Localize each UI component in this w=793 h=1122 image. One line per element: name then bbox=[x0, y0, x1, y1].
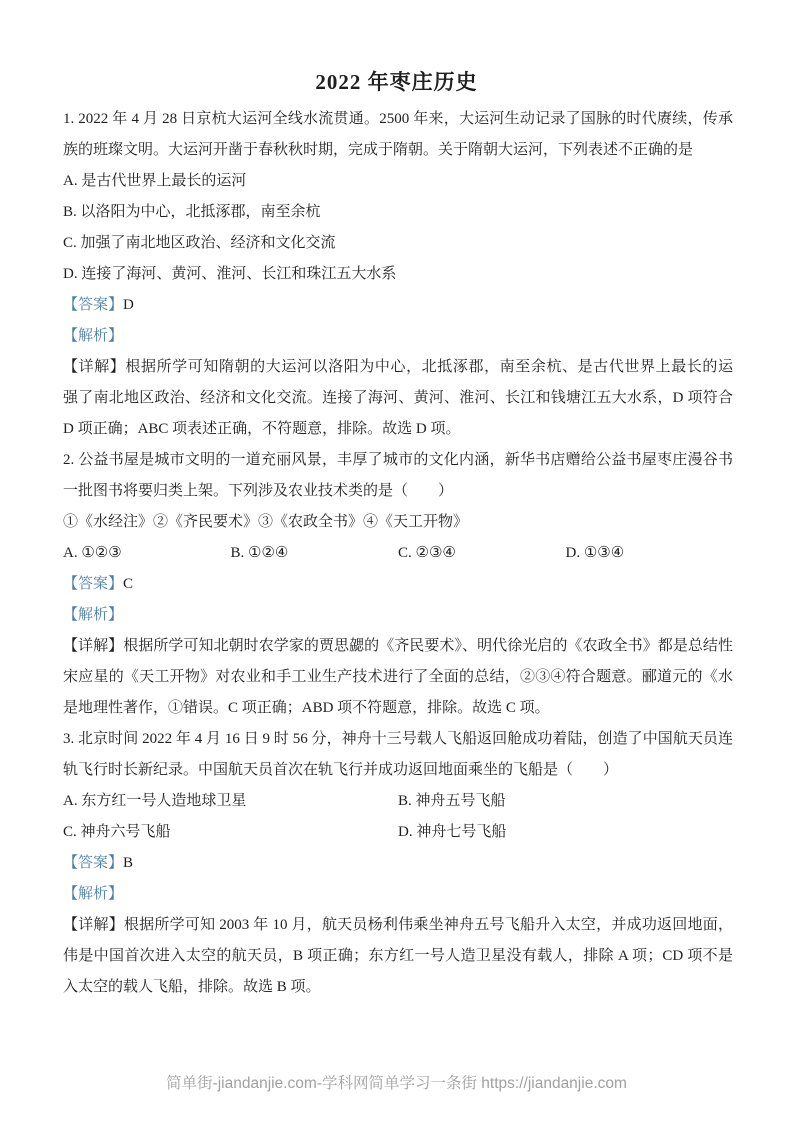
q2-xiangjie-line-1: 【详解】根据所学可知北朝时农学家的贾思勰的《齐民要术》、明代徐光启的《农政全书》… bbox=[63, 631, 733, 662]
page-title: 2022 年枣庄历史 bbox=[0, 66, 793, 96]
text-segment: 【详解】根据所学可知北朝时农学家的贾思勰的《齐民要术》、明代徐光启的《农政全书》… bbox=[63, 638, 733, 662]
q3-options-row-1-cell-2: B. 神舟五号飞船 bbox=[398, 786, 733, 817]
text-segment: C bbox=[123, 576, 133, 592]
bracket-label: 【答案】 bbox=[63, 297, 123, 313]
bracket-label: 【解析】 bbox=[63, 886, 123, 902]
q2-answer-line: 【答案】C bbox=[63, 569, 733, 600]
q2-options-row-cell-2: B. ①②④ bbox=[231, 538, 399, 569]
q1-option-c: C. 加强了南北地区政治、经济和文化交流 bbox=[63, 228, 733, 259]
text-segment: 入太空的载人飞船，排除。故选 B 项。 bbox=[63, 979, 321, 995]
text-segment: 一批图书将要归类上架。下列涉及农业技术类的是（ ） bbox=[63, 483, 453, 499]
q2-text-line-2: 一批图书将要归类上架。下列涉及农业技术类的是（ ） bbox=[63, 476, 733, 507]
q1-text-line-2: 族的班璨文明。大运河开凿于春秋秋时期，完成于隋朝。关于隋朝大运河，下列表述不正确… bbox=[63, 135, 733, 166]
q1-answer-line: 【答案】D bbox=[63, 290, 733, 321]
document-body: 1. 2022 年 4 月 28 日京杭大运河全线水流贯通。2500 年来，大运… bbox=[63, 104, 733, 1003]
text-segment: 【详解】根据所学可知隋朝的大运河以洛阳为中心，北抵涿郡，南至余杭、是古代世界上最… bbox=[63, 359, 733, 383]
q2-options-row-cell-4: D. ①③④ bbox=[566, 538, 734, 569]
text-segment: D bbox=[123, 297, 134, 313]
text-segment: C. 加强了南北地区政治、经济和文化交流 bbox=[63, 235, 336, 251]
q1-option-b: B. 以洛阳为中心，北抵涿郡，南至余杭 bbox=[63, 197, 733, 228]
text-segment: D 项正确；ABC 项表述正确，不符题意，排除。故选 D 项。 bbox=[63, 421, 461, 437]
bracket-label: 【解析】 bbox=[63, 607, 123, 623]
q3-jiexi-line: 【解析】 bbox=[63, 879, 733, 910]
q3-text-line-2: 轨飞行时长新纪录。中国航天员首次在轨飞行并成功返回地面乘坐的飞船是（ ） bbox=[63, 755, 733, 786]
text-segment: 族的班璨文明。大运河开凿于春秋秋时期，完成于隋朝。关于隋朝大运河，下列表述不正确… bbox=[63, 142, 693, 166]
q1-option-a: A. 是古代世界上最长的运河 bbox=[63, 166, 733, 197]
text-segment: B bbox=[123, 855, 133, 871]
q3-options-row-1: A. 东方红一号人造地球卫星B. 神舟五号飞船 bbox=[63, 786, 733, 817]
text-segment: 1. 2022 年 4 月 28 日京杭大运河全线水流贯通。2500 年来，大运… bbox=[63, 111, 733, 135]
text-segment: 宋应星的《天工开物》对农业和手工业生产技术进行了全面的总结，②③④符合题意。郦道… bbox=[63, 669, 733, 693]
q2-options-row: A. ①②③B. ①②④C. ②③④D. ①③④ bbox=[63, 538, 733, 569]
text-segment: 强了南北地区政治、经济和文化交流。连接了海河、黄河、淮河、长江和钱塘江五大水系，… bbox=[63, 390, 733, 414]
q2-xiangjie-line-2: 宋应星的《天工开物》对农业和手工业生产技术进行了全面的总结，②③④符合题意。郦道… bbox=[63, 662, 733, 693]
text-segment: ①《水经注》②《齐民要术》③《农政全书》④《天工开物》 bbox=[63, 514, 468, 530]
q3-options-row-2-cell-1: C. 神舟六号飞船 bbox=[63, 817, 398, 848]
q3-xiangjie-line-1: 【详解】根据所学可知 2003 年 10 月，航天员杨利伟乘坐神舟五号飞船升入太… bbox=[63, 910, 733, 941]
bracket-label: 【答案】 bbox=[63, 576, 123, 592]
bracket-label: 【解析】 bbox=[63, 328, 123, 344]
q3-answer-line: 【答案】B bbox=[63, 848, 733, 879]
text-segment: 【详解】根据所学可知 2003 年 10 月，航天员杨利伟乘坐神舟五号飞船升入太… bbox=[63, 917, 733, 941]
q1-xiangjie-line-3: D 项正确；ABC 项表述正确，不符题意，排除。故选 D 项。 bbox=[63, 414, 733, 445]
q1-jiexi-line: 【解析】 bbox=[63, 321, 733, 352]
q3-text-line-1: 3. 北京时间 2022 年 4 月 16 日 9 时 56 分，神舟十三号载人… bbox=[63, 724, 733, 755]
q2-options-row-cell-3: C. ②③④ bbox=[398, 538, 566, 569]
text-segment: 伟是中国首次进入太空的航天员，B 项正确；东方红一号人造卫星没有载人，排除 A … bbox=[63, 948, 733, 972]
q2-jiexi-line: 【解析】 bbox=[63, 600, 733, 631]
q2-text-line-1: 2. 公益书屋是城市文明的一道充丽风景，丰厚了城市的文化内涵，新华书店赠给公益书… bbox=[63, 445, 733, 476]
text-segment: A. 是古代世界上最长的运河 bbox=[63, 173, 246, 189]
bracket-label: 【答案】 bbox=[63, 855, 123, 871]
q3-options-row-2-cell-2: D. 神舟七号飞船 bbox=[398, 817, 733, 848]
text-segment: B. 以洛阳为中心，北抵涿郡，南至余杭 bbox=[63, 204, 321, 220]
q1-text-line-1: 1. 2022 年 4 月 28 日京杭大运河全线水流贯通。2500 年来，大运… bbox=[63, 104, 733, 135]
text-segment: 轨飞行时长新纪录。中国航天员首次在轨飞行并成功返回地面乘坐的飞船是（ ） bbox=[63, 762, 618, 778]
text-segment: 2. 公益书屋是城市文明的一道充丽风景，丰厚了城市的文化内涵，新华书店赠给公益书… bbox=[63, 452, 733, 476]
q2-books-line: ①《水经注》②《齐民要术》③《农政全书》④《天工开物》 bbox=[63, 507, 733, 538]
q1-xiangjie-line-1: 【详解】根据所学可知隋朝的大运河以洛阳为中心，北抵涿郡，南至余杭、是古代世界上最… bbox=[63, 352, 733, 383]
q2-xiangjie-line-3: 是地理性著作，①错误。C 项正确；ABD 项不符题意，排除。故选 C 项。 bbox=[63, 693, 733, 724]
document-page: 2022 年枣庄历史 1. 2022 年 4 月 28 日京杭大运河全线水流贯通… bbox=[0, 0, 793, 1122]
text-segment: D. 连接了海河、黄河、淮河、长江和珠江五大水系 bbox=[63, 266, 396, 282]
q1-xiangjie-line-2: 强了南北地区政治、经济和文化交流。连接了海河、黄河、淮河、长江和钱塘江五大水系，… bbox=[63, 383, 733, 414]
q3-xiangjie-line-2: 伟是中国首次进入太空的航天员，B 项正确；东方红一号人造卫星没有载人，排除 A … bbox=[63, 941, 733, 972]
footer-watermark: 简单街-jiandanjie.com-学科网简单学习一条街 https://ji… bbox=[0, 1071, 793, 1093]
text-segment: 是地理性著作，①错误。C 项正确；ABD 项不符题意，排除。故选 C 项。 bbox=[63, 700, 550, 716]
q2-options-row-cell-1: A. ①②③ bbox=[63, 538, 231, 569]
q1-option-d: D. 连接了海河、黄河、淮河、长江和珠江五大水系 bbox=[63, 259, 733, 290]
text-segment: 3. 北京时间 2022 年 4 月 16 日 9 时 56 分，神舟十三号载人… bbox=[63, 731, 733, 755]
q3-options-row-2: C. 神舟六号飞船D. 神舟七号飞船 bbox=[63, 817, 733, 848]
q3-xiangjie-line-3: 入太空的载人飞船，排除。故选 B 项。 bbox=[63, 972, 733, 1003]
q3-options-row-1-cell-1: A. 东方红一号人造地球卫星 bbox=[63, 786, 398, 817]
